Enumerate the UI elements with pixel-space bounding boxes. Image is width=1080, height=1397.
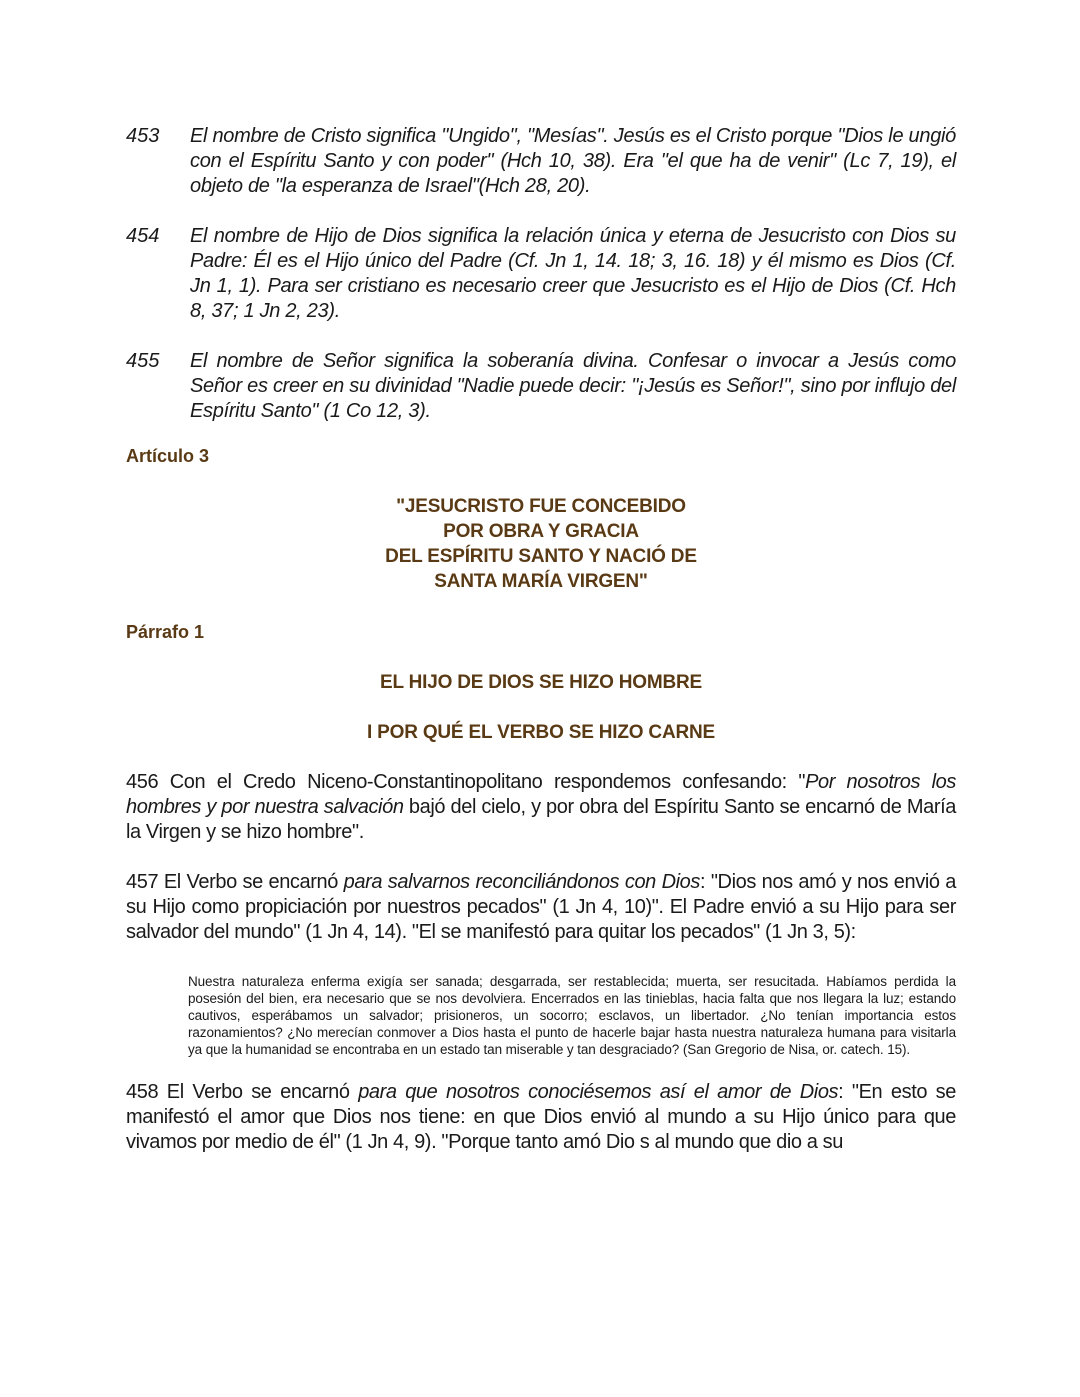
paragraph-number: 453 <box>126 124 190 199</box>
paragraph-italic: para que nosotros conociésemos así el am… <box>358 1081 838 1103</box>
paragraph-number: 455 <box>126 349 190 424</box>
paragraph-lead: 456 Con el Credo Niceno-Constantinopolit… <box>126 771 805 793</box>
block-quote: Nuestra naturaleza enferma exigía ser sa… <box>188 973 956 1058</box>
paragraph-lead: 457 El Verbo se encarnó <box>126 871 344 893</box>
paragraph-title: EL HIJO DE DIOS SE HIZO HOMBRE <box>126 670 956 695</box>
paragraph-458: 458 El Verbo se encarnó para que nosotro… <box>126 1080 956 1155</box>
article-title-line: DEL ESPÍRITU SANTO Y NACIÓ DE <box>126 544 956 569</box>
paragraph-455: 455 El nombre de Señor significa la sobe… <box>126 349 956 424</box>
article-title-line: POR OBRA Y GRACIA <box>126 519 956 544</box>
article-title-line: "JESUCRISTO FUE CONCEBIDO <box>126 494 956 519</box>
paragraph-number: 454 <box>126 224 190 324</box>
article-title-line: SANTA MARÍA VIRGEN" <box>126 569 956 594</box>
paragraph-label: Párrafo 1 <box>126 620 956 644</box>
paragraph-456: 456 Con el Credo Niceno-Constantinopolit… <box>126 770 956 845</box>
subsection-title: I POR QUÉ EL VERBO SE HIZO CARNE <box>126 720 956 745</box>
document-page: 453 El nombre de Cristo significa "Ungid… <box>126 124 956 1180</box>
paragraph-454: 454 El nombre de Hijo de Dios significa … <box>126 224 956 324</box>
paragraph-italic: para salvarnos reconciliándonos con Dios <box>344 871 700 893</box>
article-title: "JESUCRISTO FUE CONCEBIDO POR OBRA Y GRA… <box>126 494 956 594</box>
paragraph-text: El nombre de Cristo significa "Ungido", … <box>190 124 956 199</box>
paragraph-lead: 458 El Verbo se encarnó <box>126 1081 358 1103</box>
paragraph-text: El nombre de Señor significa la soberaní… <box>190 349 956 424</box>
paragraph-457: 457 El Verbo se encarnó para salvarnos r… <box>126 870 956 945</box>
article-label: Artículo 3 <box>126 444 956 468</box>
paragraph-text: El nombre de Hijo de Dios significa la r… <box>190 224 956 324</box>
paragraph-453: 453 El nombre de Cristo significa "Ungid… <box>126 124 956 199</box>
